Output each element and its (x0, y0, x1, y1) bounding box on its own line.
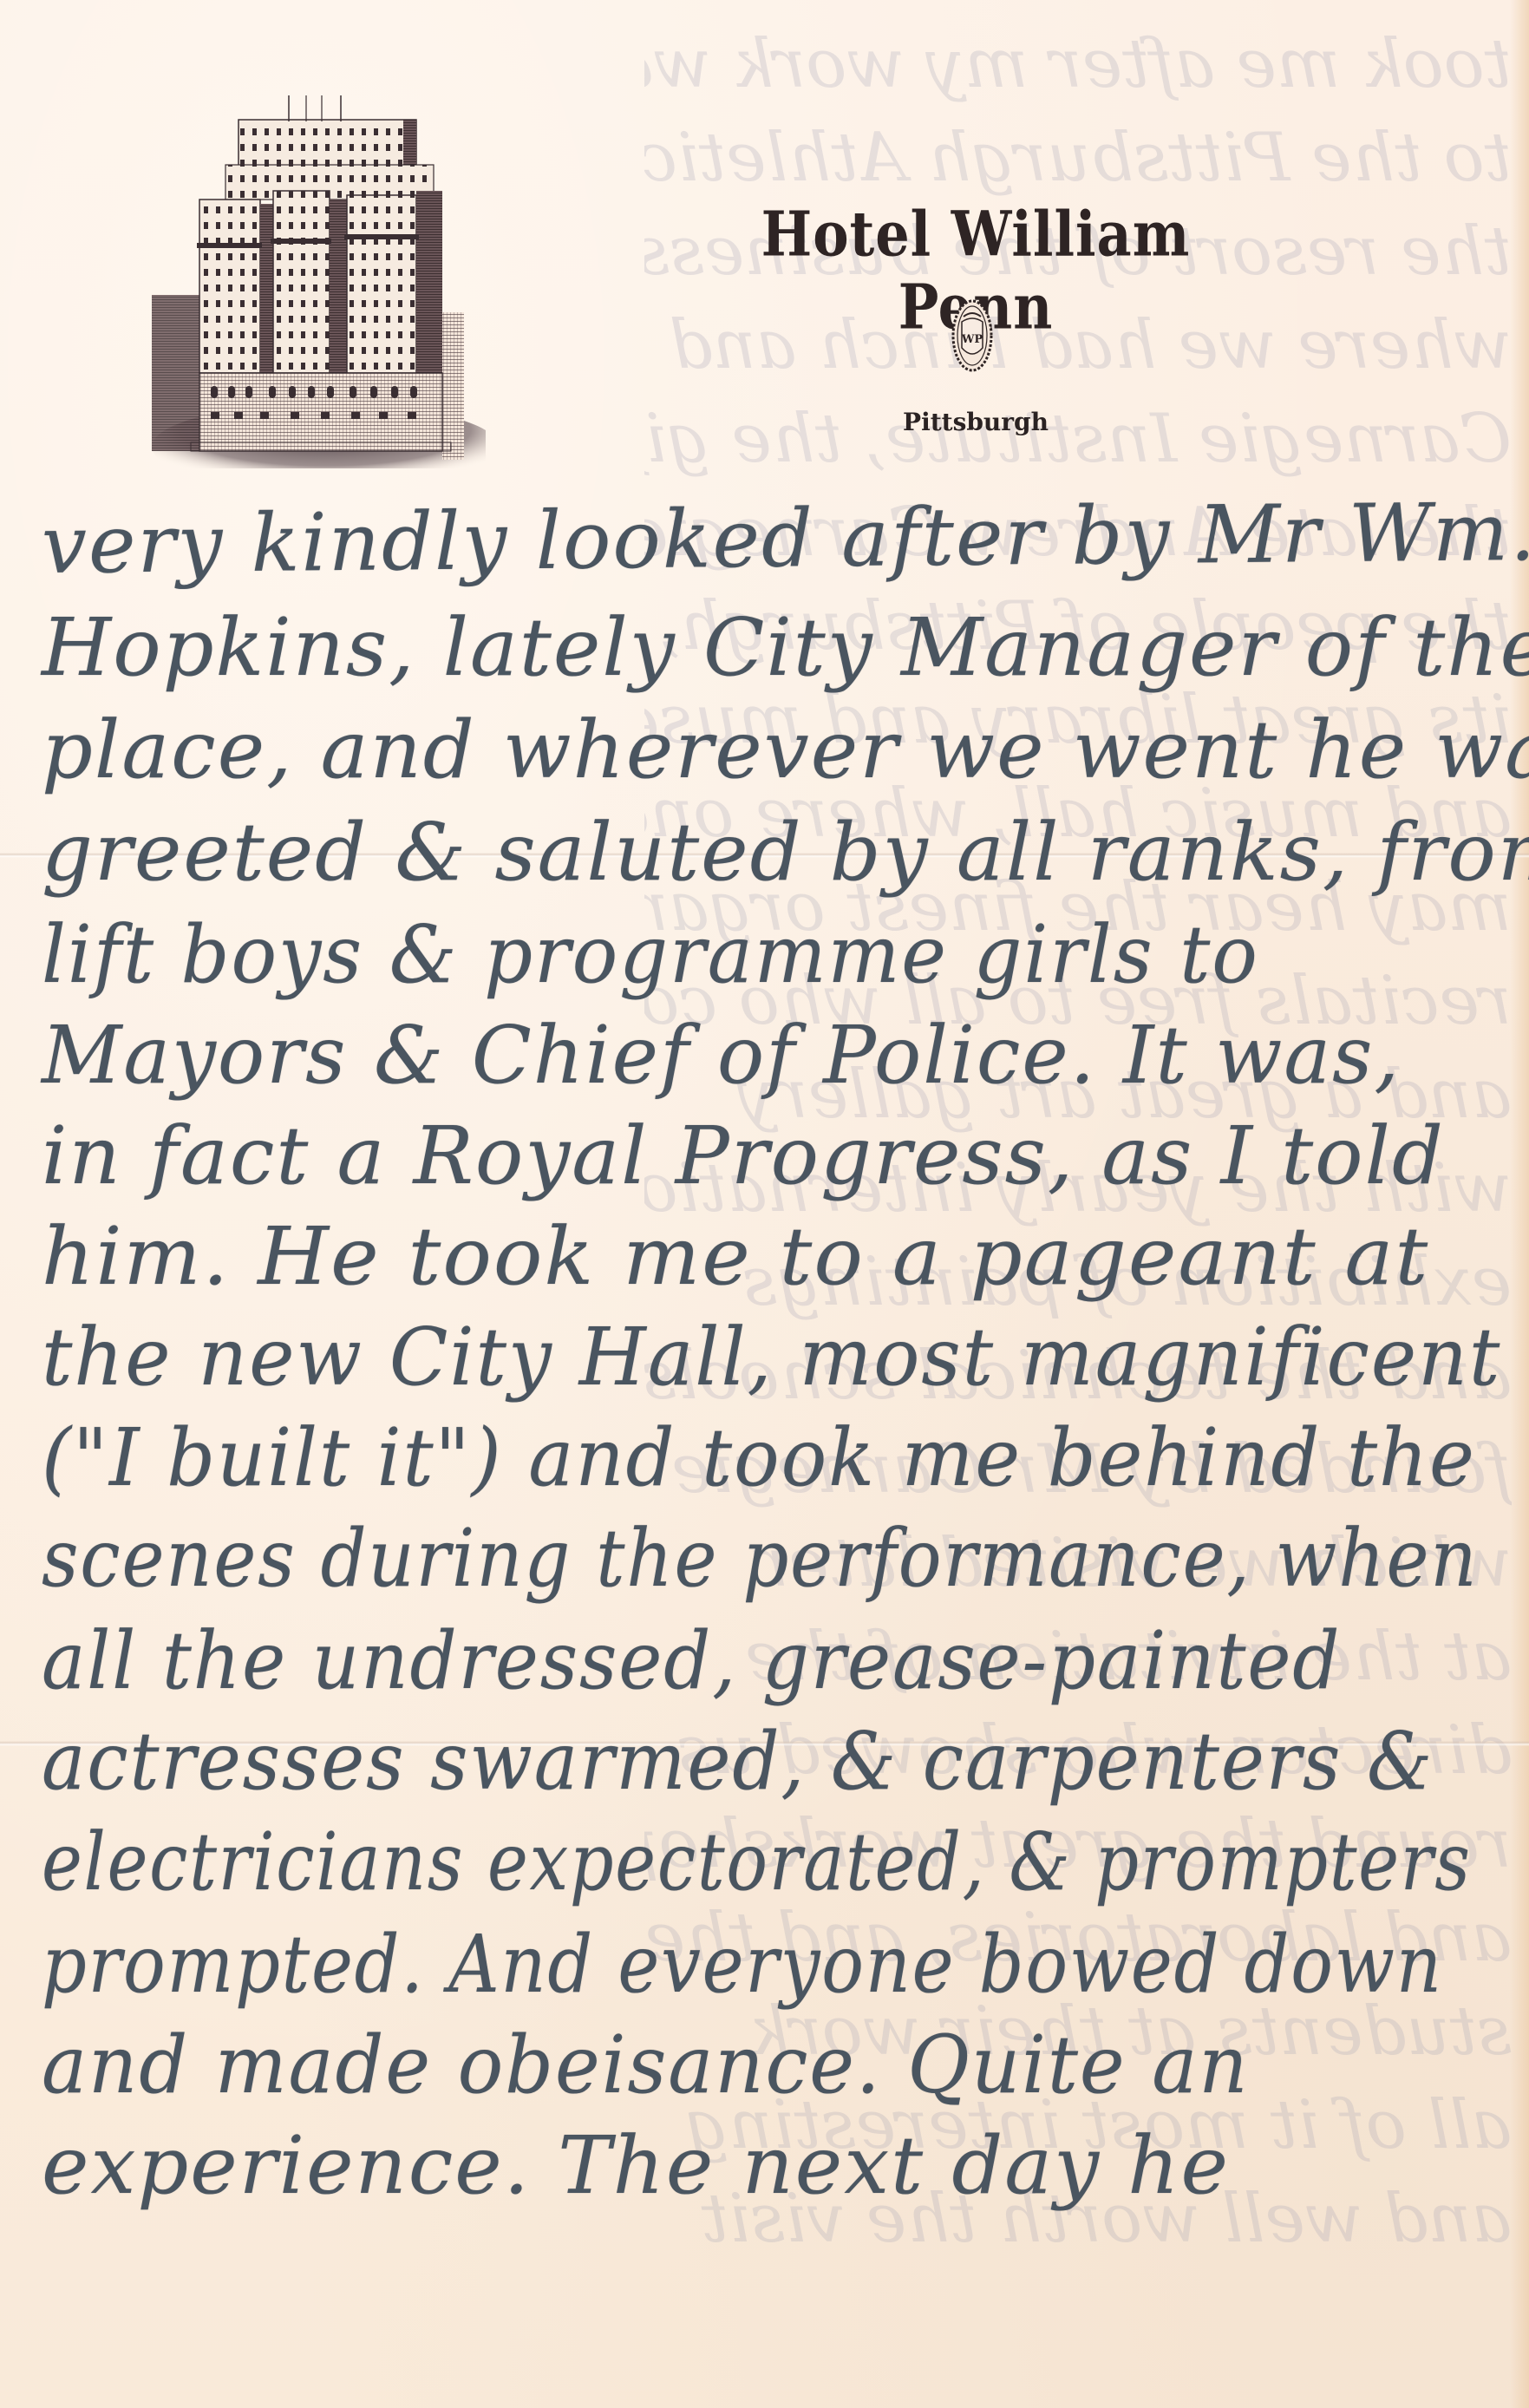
letter-line: actresses swarmed, & carpenters & (42, 1715, 1434, 1808)
letter-line: lift boys & programme girls to (42, 908, 1259, 1001)
letter-line: prompted. And everyone bowed down (42, 1918, 1443, 2011)
letter-line: scenes during the performance, when (42, 1512, 1478, 1605)
letter-line: him. He took me to a pageant at (42, 1210, 1429, 1303)
hotel-city: Pittsburgh (867, 408, 1084, 436)
letter-line: experience. The next day he (42, 2119, 1230, 2212)
letter-line: very kindly looked after by Mr Wm. (42, 486, 1529, 592)
hotel-building-illustration (152, 78, 486, 468)
letter-line: Hopkins, lately City Manager of the (42, 601, 1529, 694)
letter-line: the new City Hall, most magnificent (42, 1311, 1501, 1404)
hotel-crest-icon: WP (951, 298, 993, 374)
letter-line: Mayors & Chief of Police. It was, (42, 1009, 1401, 1102)
letter-line: ("I built it") and took me behind the (42, 1411, 1476, 1504)
letter-line: greeted & saluted by all ranks, from (42, 806, 1529, 899)
svg-text:WP: WP (961, 333, 983, 346)
letter-line: place, and wherever we went he was (42, 703, 1529, 796)
letter-line: all the undressed, grease-painted (42, 1614, 1341, 1707)
letter-line: and made obeisance. Quite an (42, 2019, 1249, 2111)
letterhead: Hotel William Penn WP Pittsburgh (0, 0, 1529, 486)
letter-line: in fact a Royal Progress, as I told (42, 1109, 1445, 1202)
letter-line: electricians expectorated, & prompters (42, 1816, 1472, 1908)
